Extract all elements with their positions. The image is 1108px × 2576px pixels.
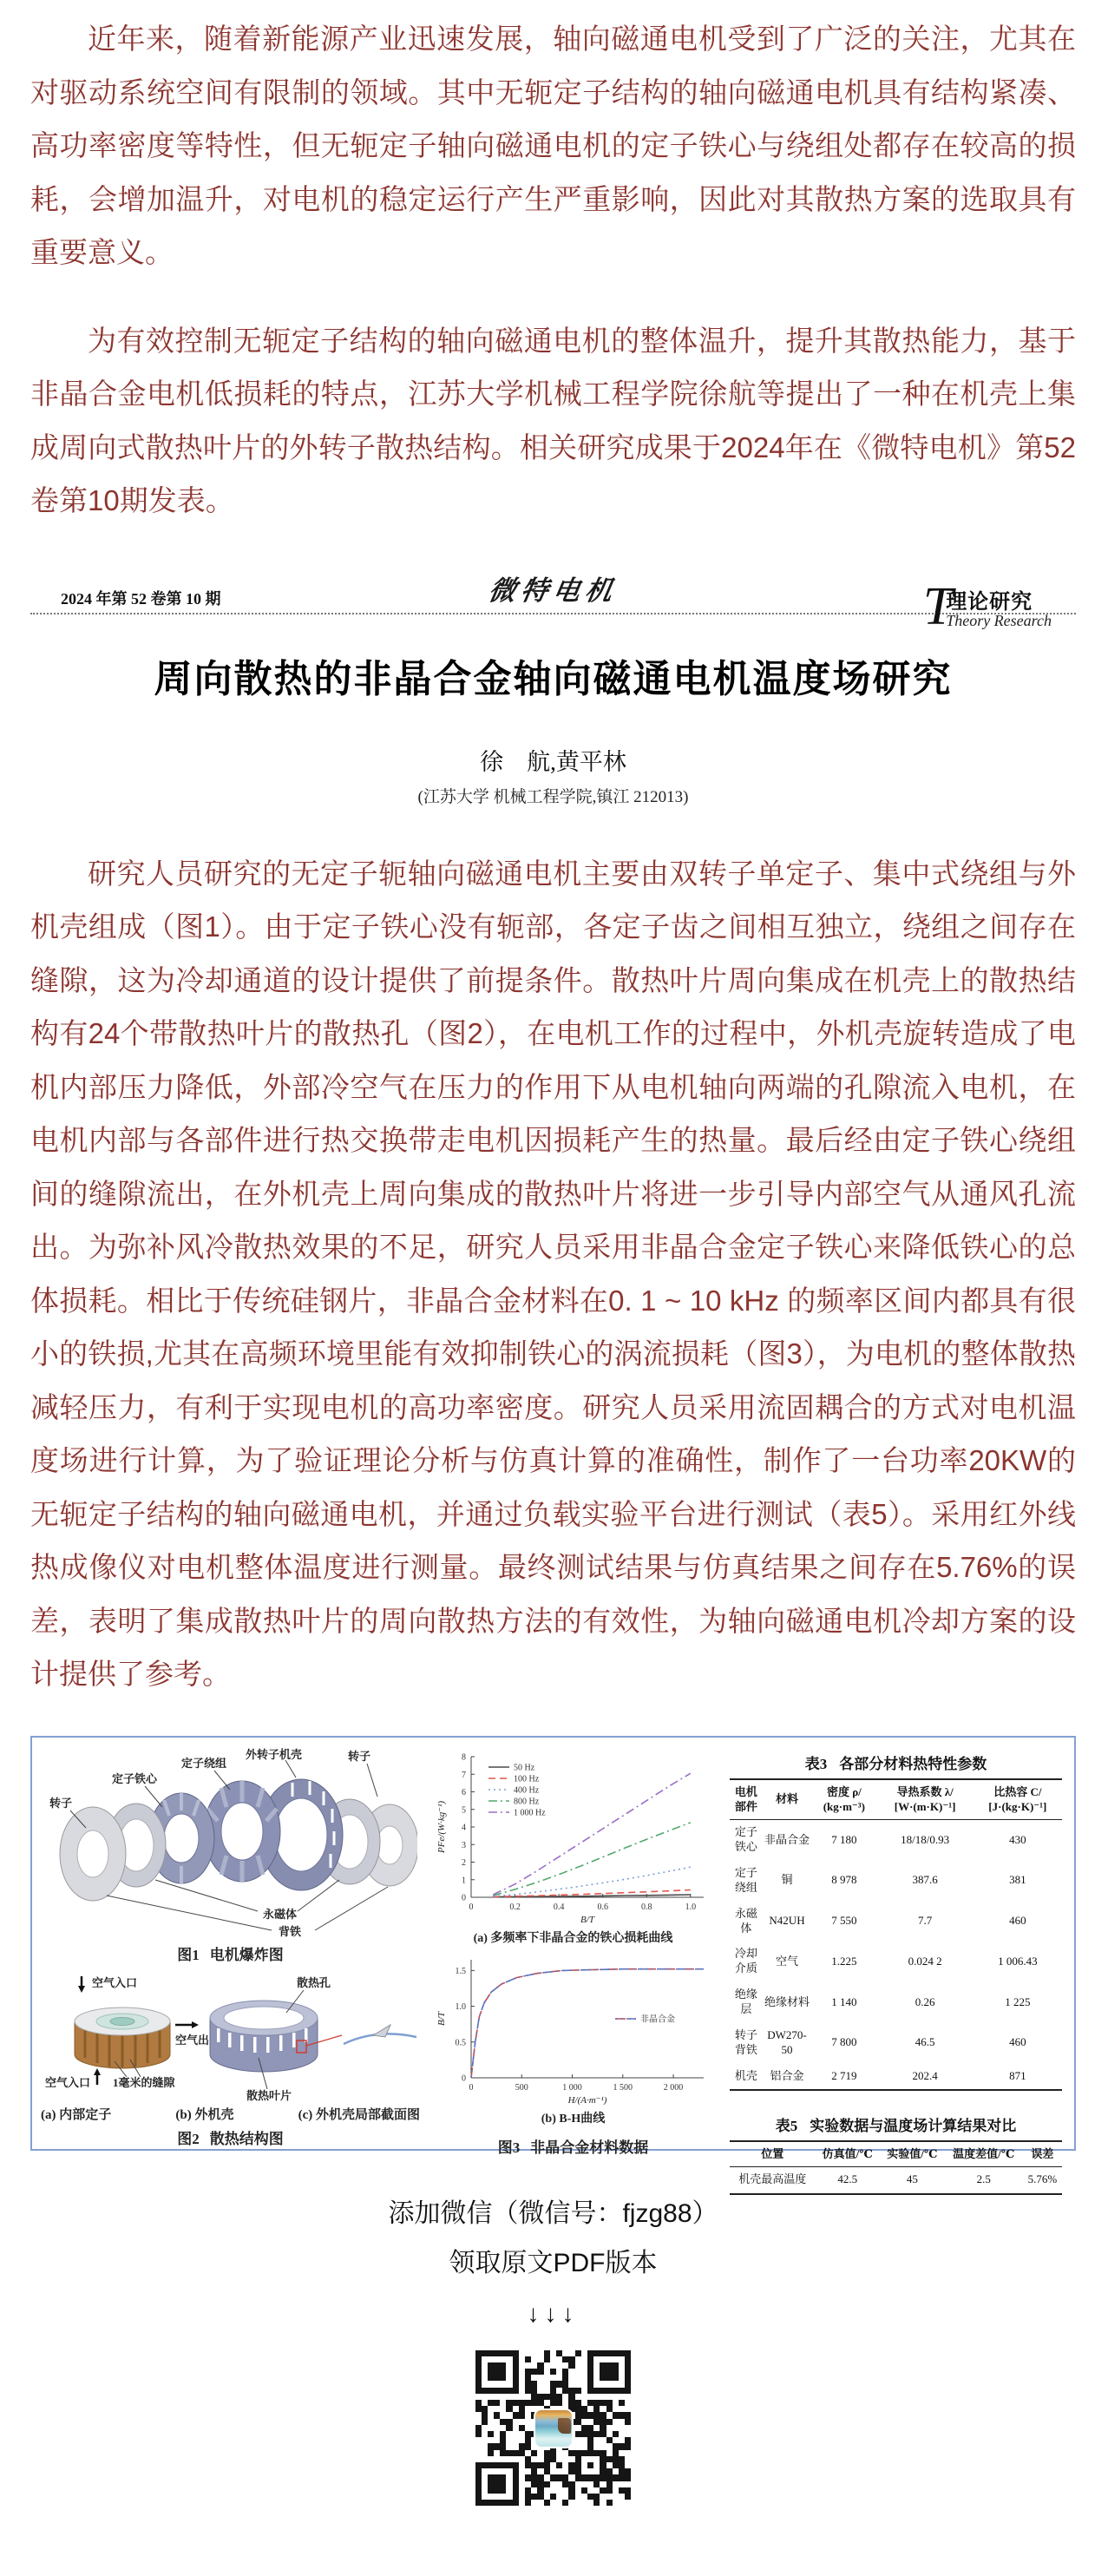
column-name-en: Theory Research [946,612,1052,630]
chart-b-caption: (b) B-H曲线 [541,2109,606,2126]
svg-text:非晶合金: 非晶合金 [640,2013,675,2024]
table-cell: 机壳 [730,2063,763,2090]
column-header: 温度差值/℃ [945,2141,1023,2166]
label-outer-rotor-shell: 外转子机壳 [246,1748,302,1761]
core-loss-chart: 00.20.40.60.81.0012345678B/TPFe/(W·kg⁻¹)… [435,1748,712,1929]
column-header: 比热容 C/ [J·(kg·K)⁻¹] [974,1779,1062,1820]
svg-text:1: 1 [462,1876,466,1885]
figure-column-charts: 00.20.40.60.81.0012345678B/TPFe/(W·kg⁻¹)… [423,1748,723,2157]
experiment-comparison-table: 位置仿真值/℃实验值/℃温度差值/℃误差 机壳最高温度42.5452.55.76… [730,2140,1062,2194]
table-cell: 1.225 [811,1942,876,1982]
table-cell: 机壳最高温度 [730,2166,815,2193]
column-name-cn: 理论研究 [946,584,1033,614]
column-header: 导热系数 λ/ [W·(m·K)⁻¹] [876,1779,973,1820]
column-header: 密度 ρ/ (kg·m⁻³) [811,1779,876,1820]
table-row: 定子绕组铜8 978387.6381 [730,1860,1062,1901]
table-cell: 871 [974,2063,1062,2090]
svg-text:1.5: 1.5 [455,1966,466,1975]
table-cell: 0.26 [876,1982,973,2023]
figure2-caption: 图2散热结构图 [177,2126,284,2148]
table-cell: 460 [974,2023,1062,2064]
label-magnet: 永磁体 [263,1908,297,1921]
table-cell: 2 719 [811,2063,876,2090]
svg-text:1 000: 1 000 [562,2083,582,2093]
table-cell: 铝合金 [763,2063,811,2090]
svg-text:1 500: 1 500 [613,2083,633,2093]
svg-text:0.6: 0.6 [597,1902,608,1912]
table-cell: 45 [880,2166,945,2193]
svg-text:0: 0 [469,1902,473,1912]
svg-text:1.0: 1.0 [455,2002,466,2012]
svg-text:5: 5 [462,1805,466,1815]
table-row: 绝缘层绝缘材料1 1400.261 225 [730,1982,1062,2023]
table-cell: 定子绕组 [730,1860,763,1901]
svg-text:1 000 Hz: 1 000 Hz [514,1808,546,1817]
table-cell: 定子铁心 [730,1819,763,1860]
svg-text:8: 8 [462,1752,466,1762]
table-cell: 永磁体 [730,1901,763,1942]
svg-text:0.2: 0.2 [509,1902,521,1912]
table-cell: 7 180 [811,1819,876,1860]
table-cell: 430 [974,1819,1062,1860]
table-cell: 460 [974,1901,1062,1942]
column-logo: T 理论研究 Theory Research [923,584,1052,630]
svg-text:100 Hz: 100 Hz [514,1774,540,1784]
table-cell: 非晶合金 [763,1819,811,1860]
table-cell: 202.4 [876,2063,973,2090]
table-cell: 18/18/0.93 [876,1819,973,1860]
table5-title: 表5实验数据与温度场计算结果对比 [730,2113,1062,2135]
journal-name: 微特电机 [486,568,621,608]
table-cell: 1 140 [811,1982,876,2023]
article-affiliation: (江苏大学 机械工程学院,镇江 212013) [30,784,1076,807]
svg-text:0: 0 [462,2073,466,2083]
table-header-row: 电机部件材料密度 ρ/ (kg·m⁻³)导热系数 λ/ [W·(m·K)⁻¹]比… [730,1779,1062,1820]
bh-curve-chart: 05001 0001 5002 00000.51.01.5H/(A·m⁻¹)B/… [435,1951,712,2109]
svg-text:PFe/(W·kg⁻¹): PFe/(W·kg⁻¹) [436,1800,447,1853]
svg-text:400 Hz: 400 Hz [514,1785,540,1795]
down-arrows: ↓↓↓ [30,2300,1076,2328]
table-row: 转子背铁DW270-507 80046.5460 [730,2023,1062,2064]
svg-text:0.4: 0.4 [553,1902,564,1912]
qr-center-logo [534,2408,574,2448]
column-header: 位置 [730,2141,815,2166]
table-cell: 空气 [763,1942,811,1982]
article-authors: 徐 航,黄平林 [30,743,1076,777]
intro-paragraph-2: 为有效控制无轭定子结构的轴向磁通电机的整体温升，提升其散热能力，基于非晶合金电机… [30,314,1076,528]
svg-text:2 000: 2 000 [663,2083,683,2093]
motor-exploded-diagram: 转子 定子铁心 定子绕组 外转子机壳 转子 永磁体 背铁 [44,1748,417,1939]
svg-text:1.0: 1.0 [685,1902,696,1912]
table-cell: 46.5 [876,2023,973,2064]
article-body-paragraph: 研究人员研究的无定子轭轴向磁通电机主要由双转子单定子、集中式绕组与外机壳组成（图… [30,847,1076,1701]
label-air-inlet-top: 空气入口 [92,1976,137,1989]
svg-text:800 Hz: 800 Hz [514,1797,540,1806]
table-cell: 1 006.43 [974,1942,1062,1982]
svg-text:7: 7 [462,1770,466,1779]
column-header: 仿真值/℃ [815,2141,880,2166]
column-header: 材料 [763,1779,811,1820]
figure-column-tables: 表3各部分材料热特性参数 电机部件材料密度 ρ/ (kg·m⁻³)导热系数 λ/… [723,1748,1069,2195]
page-content: 近年来，随着新能源产业迅速发展，轴向磁通电机受到了广泛的关注，尤其在对驱动系统空… [0,0,1108,2507]
table-cell: 绝缘层 [730,1982,763,2023]
material-properties-table: 电机部件材料密度 ρ/ (kg·m⁻³)导热系数 λ/ [W·(m·K)⁻¹]比… [730,1778,1062,2092]
table-cell: 381 [974,1860,1062,1901]
label-stator-winding: 定子绕组 [181,1757,226,1770]
wechat-qr-code [475,2350,632,2507]
svg-text:0: 0 [462,1893,466,1902]
table-row: 机壳铝合金2 719202.4871 [730,2063,1062,2090]
article-page: { "page": { "background": "#ffffff", "pa… [0,0,1108,2576]
fig2-sub-a: (a) 内部定子 [41,2105,111,2123]
column-header: 电机部件 [730,1779,763,1820]
figure1-caption: 图1电机爆炸图 [177,1942,284,1964]
svg-text:0: 0 [469,2083,473,2093]
svg-text:B/T: B/T [436,2011,447,2026]
label-rotor-left: 转子 [49,1797,72,1810]
table-row: 机壳最高温度42.5452.55.76% [730,2166,1062,2193]
table-cell: 0.024 2 [876,1942,973,1982]
table-row: 定子铁心非晶合金7 18018/18/0.93430 [730,1819,1062,1860]
svg-text:3: 3 [462,1840,466,1850]
label-fin: 散热叶片 [246,2089,292,2102]
table3-title: 表3各部分材料热特性参数 [805,1751,987,1773]
table-cell: 绝缘材料 [763,1982,811,2023]
figure-panel: 转子 定子铁心 定子绕组 外转子机壳 转子 永磁体 背铁 图1电机爆炸图 [30,1736,1076,2151]
label-vent-hole: 散热孔 [297,1976,331,1989]
journal-masthead: 2024 年第 52 卷第 10 期 微特电机 T 理论研究 Theory Re… [30,562,1076,614]
label-air-inlet-bottom: 空气入口 [45,2076,90,2089]
figure2-subcaptions: (a) 内部定子 (b) 外机壳 (c) 外机壳局部截面图 [37,2105,423,2123]
table-row: 冷却介质空气1.2250.024 21 006.43 [730,1942,1062,1982]
table-cell: N42UH [763,1901,811,1942]
table-cell: 8 978 [811,1860,876,1901]
table-row: 永磁体N42UH7 5507.7460 [730,1901,1062,1942]
column-header: 误差 [1023,2141,1062,2166]
pdf-offer-line: 领取原文PDF版本 [30,2249,1076,2277]
label-stator-core: 定子铁心 [112,1772,158,1785]
figure3-caption: 图3非晶合金材料数据 [498,2135,649,2157]
chart-a-caption: (a) 多频率下非晶合金的铁心损耗曲线 [474,1929,673,1946]
label-gap: 1毫米的缝隙 [113,2076,176,2089]
svg-text:6: 6 [462,1788,466,1797]
svg-text:0.5: 0.5 [455,2038,466,2047]
footer: 添加微信（微信号：fjzg88） 领取原文PDF版本 ↓↓↓ [30,2199,1076,2507]
table-cell: 1 225 [974,1982,1062,2023]
svg-text:B/T: B/T [580,1915,595,1925]
svg-text:2: 2 [462,1858,466,1868]
table-header-row: 位置仿真值/℃实验值/℃温度差值/℃误差 [730,2141,1062,2166]
column-header: 实验值/℃ [880,2141,945,2166]
svg-text:50 Hz: 50 Hz [514,1763,535,1772]
table-cell: 冷却介质 [730,1942,763,1982]
label-rotor-right: 转子 [348,1750,370,1763]
table-cell: 42.5 [815,2166,880,2193]
table-cell: 5.76% [1023,2166,1062,2193]
table-cell: 铜 [763,1860,811,1901]
fig2-sub-b: (b) 外机壳 [175,2105,233,2123]
journal-issue: 2024 年第 52 卷第 10 期 [61,587,221,609]
svg-text:4: 4 [462,1823,466,1832]
label-back-iron: 背铁 [279,1925,301,1938]
table-cell: 转子背铁 [730,2023,763,2064]
table-cell: 2.5 [945,2166,1023,2193]
table-cell: 387.6 [876,1860,973,1901]
article-title: 周向散热的非晶合金轴向磁通电机温度场研究 [30,647,1076,703]
table-cell: 7 550 [811,1901,876,1942]
table-cell: 7 800 [811,2023,876,2064]
svg-text:H/(A·m⁻¹): H/(A·m⁻¹) [567,2095,606,2106]
figure-column-diagrams: 转子 定子铁心 定子绕组 外转子机壳 转子 永磁体 背铁 图1电机爆炸图 [37,1748,423,2148]
table-cell: 7.7 [876,1901,973,1942]
svg-text:500: 500 [515,2083,528,2093]
wechat-contact-line: 添加微信（微信号：fjzg88） [30,2199,1076,2228]
cooling-structure-diagram: 空气入口 空气出口 空气入口 1毫米的缝隙 [40,1971,422,2103]
fig2-sub-c: (c) 外机壳局部截面图 [298,2105,420,2123]
table-cell: DW270-50 [763,2023,811,2064]
intro-paragraph-1: 近年来，随着新能源产业迅速发展，轴向磁通电机受到了广泛的关注，尤其在对驱动系统空… [30,12,1076,279]
svg-text:0.8: 0.8 [641,1902,652,1912]
